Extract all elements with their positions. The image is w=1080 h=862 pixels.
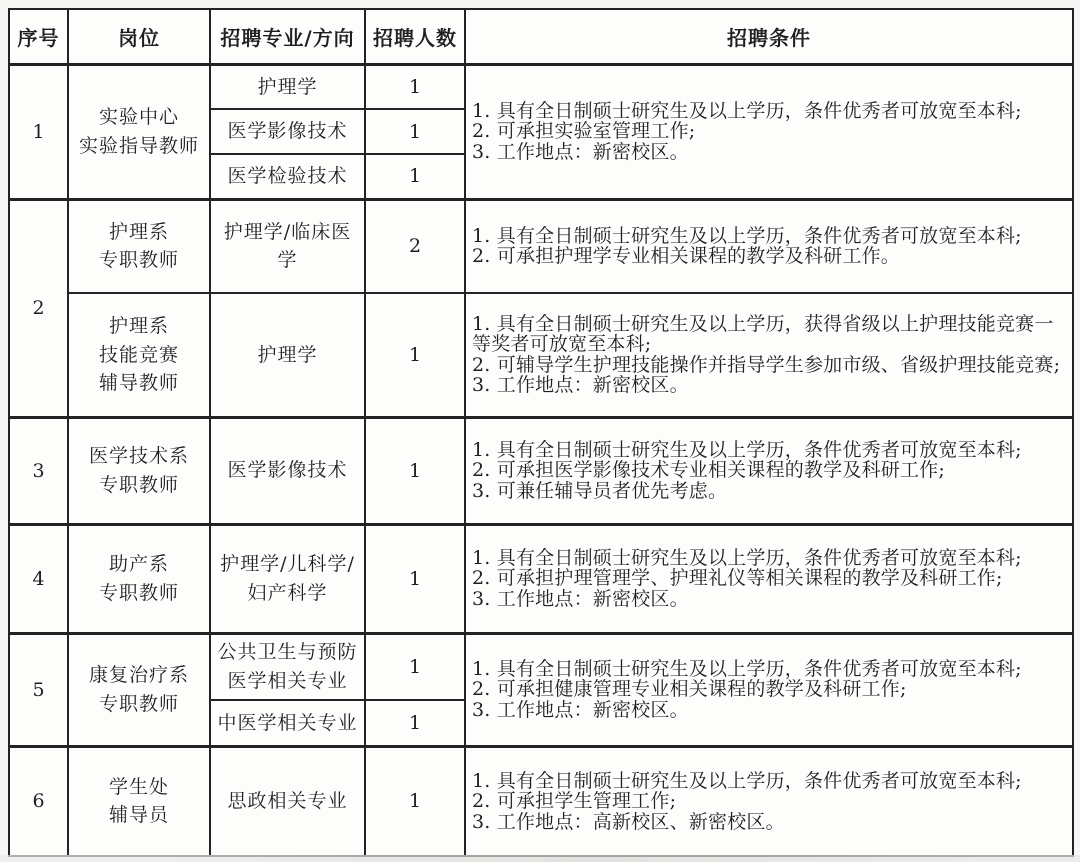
count-cell: 1 — [365, 524, 465, 633]
header-serial: 序号 — [9, 9, 68, 64]
table-row: 5 康复治疗系 专职教师 公共卫生与预防医学相关专业 1 1. 具有全日制硕士研… — [9, 633, 1073, 700]
condition-line: 3. 工作地点：新密校区。 — [472, 142, 1068, 163]
position-cell: 助产系 专职教师 — [68, 524, 210, 633]
conditions-cell: 1. 具有全日制硕士研究生及以上学历，条件优秀者可放宽至本科; 2. 可承担医学… — [465, 417, 1073, 524]
conditions-cell: 1. 具有全日制硕士研究生及以上学历，条件优秀者可放宽至本科; 2. 可承担健康… — [465, 633, 1073, 746]
serial-cell: 1 — [9, 64, 68, 199]
table-row: 6 学生处 辅导员 思政相关专业 1 1. 具有全日制硕士研究生及以上学历，条件… — [9, 746, 1073, 856]
table-row: 2 护理系 专职教师 护理学/临床医学 2 1. 具有全日制硕士研究生及以上学历… — [9, 199, 1073, 293]
condition-line: 1. 具有全日制硕士研究生及以上学历，条件优秀者可放宽至本科; — [472, 226, 1068, 247]
position-cell: 学生处 辅导员 — [68, 746, 210, 856]
position-cell: 医学技术系 专职教师 — [68, 417, 210, 524]
header-count: 招聘人数 — [365, 9, 465, 64]
count-cell: 1 — [365, 746, 465, 856]
conditions-cell: 1. 具有全日制硕士研究生及以上学历，条件优秀者可放宽至本科; 2. 可承担护理… — [465, 524, 1073, 633]
table-row: 3 医学技术系 专职教师 医学影像技术 1 1. 具有全日制硕士研究生及以上学历… — [9, 417, 1073, 524]
condition-line: 1. 具有全日制硕士研究生及以上学历，条件优秀者可放宽至本科; — [472, 548, 1068, 569]
count-cell: 1 — [365, 64, 465, 109]
major-cell: 医学检验技术 — [210, 154, 365, 199]
condition-line: 1. 具有全日制硕士研究生及以上学历，条件优秀者可放宽至本科; — [472, 440, 1068, 461]
condition-line: 1. 具有全日制硕士研究生及以上学历，获得省级以上护理技能竞赛一等奖者可放宽至本… — [472, 314, 1068, 355]
position-cell: 康复治疗系 专职教师 — [68, 633, 210, 746]
position-cell: 护理系 技能竞赛 辅导教师 — [68, 293, 210, 417]
condition-line: 3. 工作地点：新密校区。 — [472, 589, 1068, 610]
major-cell: 医学影像技术 — [210, 109, 365, 154]
serial-cell: 6 — [9, 746, 68, 856]
condition-line: 3. 可兼任辅导员者优先考虑。 — [472, 481, 1068, 502]
major-cell: 护理学/儿科学/妇产科学 — [210, 524, 365, 633]
count-cell: 1 — [365, 417, 465, 524]
condition-line: 2. 可承担护理学专业相关课程的教学及科研工作。 — [472, 246, 1068, 267]
table-row: 4 助产系 专职教师 护理学/儿科学/妇产科学 1 1. 具有全日制硕士研究生及… — [9, 524, 1073, 633]
condition-line: 2. 可承担学生管理工作; — [472, 791, 1068, 812]
header-position: 岗位 — [68, 9, 210, 64]
conditions-cell: 1. 具有全日制硕士研究生及以上学历，条件优秀者可放宽至本科; 2. 可承担学生… — [465, 746, 1073, 856]
condition-line: 2. 可承担医学影像技术专业相关课程的教学及科研工作; — [472, 460, 1068, 481]
conditions-cell: 1. 具有全日制硕士研究生及以上学历，条件优秀者可放宽至本科; 2. 可承担实验… — [465, 64, 1073, 199]
header-major: 招聘专业/方向 — [210, 9, 365, 64]
count-cell: 1 — [365, 293, 465, 417]
count-cell: 2 — [365, 199, 465, 293]
condition-line: 1. 具有全日制硕士研究生及以上学历，条件优秀者可放宽至本科; — [472, 101, 1068, 122]
serial-cell: 4 — [9, 524, 68, 633]
table-row: 1 实验中心 实验指导教师 护理学 1 1. 具有全日制硕士研究生及以上学历，条… — [9, 64, 1073, 109]
major-cell: 医学影像技术 — [210, 417, 365, 524]
position-cell: 护理系 专职教师 — [68, 199, 210, 293]
conditions-cell: 1. 具有全日制硕士研究生及以上学历，条件优秀者可放宽至本科; 2. 可承担护理… — [465, 199, 1073, 293]
count-cell: 1 — [365, 700, 465, 746]
condition-line: 3. 工作地点：高新校区、新密校区。 — [472, 812, 1068, 833]
condition-line: 2. 可辅导学生护理技能操作并指导学生参加市级、省级护理技能竞赛; — [472, 355, 1068, 376]
count-cell: 1 — [365, 109, 465, 154]
serial-cell: 2 — [9, 199, 68, 417]
major-cell: 思政相关专业 — [210, 746, 365, 856]
count-cell: 1 — [365, 154, 465, 199]
condition-line: 2. 可承担健康管理专业相关课程的教学及科研工作; — [472, 679, 1068, 700]
condition-line: 3. 工作地点：新密校区。 — [472, 375, 1068, 396]
position-cell: 实验中心 实验指导教师 — [68, 64, 210, 199]
major-cell: 护理学/临床医学 — [210, 199, 365, 293]
condition-line: 1. 具有全日制硕士研究生及以上学历，条件优秀者可放宽至本科; — [472, 659, 1068, 680]
header-row: 序号 岗位 招聘专业/方向 招聘人数 招聘条件 — [9, 9, 1073, 64]
recruitment-table-page: 序号 岗位 招聘专业/方向 招聘人数 招聘条件 1 实验中心 实验指导教师 护理… — [0, 0, 1080, 862]
count-cell: 1 — [365, 633, 465, 700]
serial-cell: 3 — [9, 417, 68, 524]
table-row: 护理系 技能竞赛 辅导教师 护理学 1 1. 具有全日制硕士研究生及以上学历，获… — [9, 293, 1073, 417]
conditions-cell: 1. 具有全日制硕士研究生及以上学历，获得省级以上护理技能竞赛一等奖者可放宽至本… — [465, 293, 1073, 417]
condition-line: 2. 可承担实验室管理工作; — [472, 121, 1068, 142]
recruitment-table: 序号 岗位 招聘专业/方向 招聘人数 招聘条件 1 实验中心 实验指导教师 护理… — [8, 8, 1074, 857]
condition-line: 2. 可承担护理管理学、护理礼仪等相关课程的教学及科研工作; — [472, 568, 1068, 589]
major-cell: 护理学 — [210, 293, 365, 417]
condition-line: 1. 具有全日制硕士研究生及以上学历，条件优秀者可放宽至本科; — [472, 771, 1068, 792]
major-cell: 公共卫生与预防医学相关专业 — [210, 633, 365, 700]
serial-cell: 5 — [9, 633, 68, 746]
major-cell: 护理学 — [210, 64, 365, 109]
header-conditions: 招聘条件 — [465, 9, 1073, 64]
condition-line: 3. 工作地点：新密校区。 — [472, 700, 1068, 721]
major-cell: 中医学相关专业 — [210, 700, 365, 746]
